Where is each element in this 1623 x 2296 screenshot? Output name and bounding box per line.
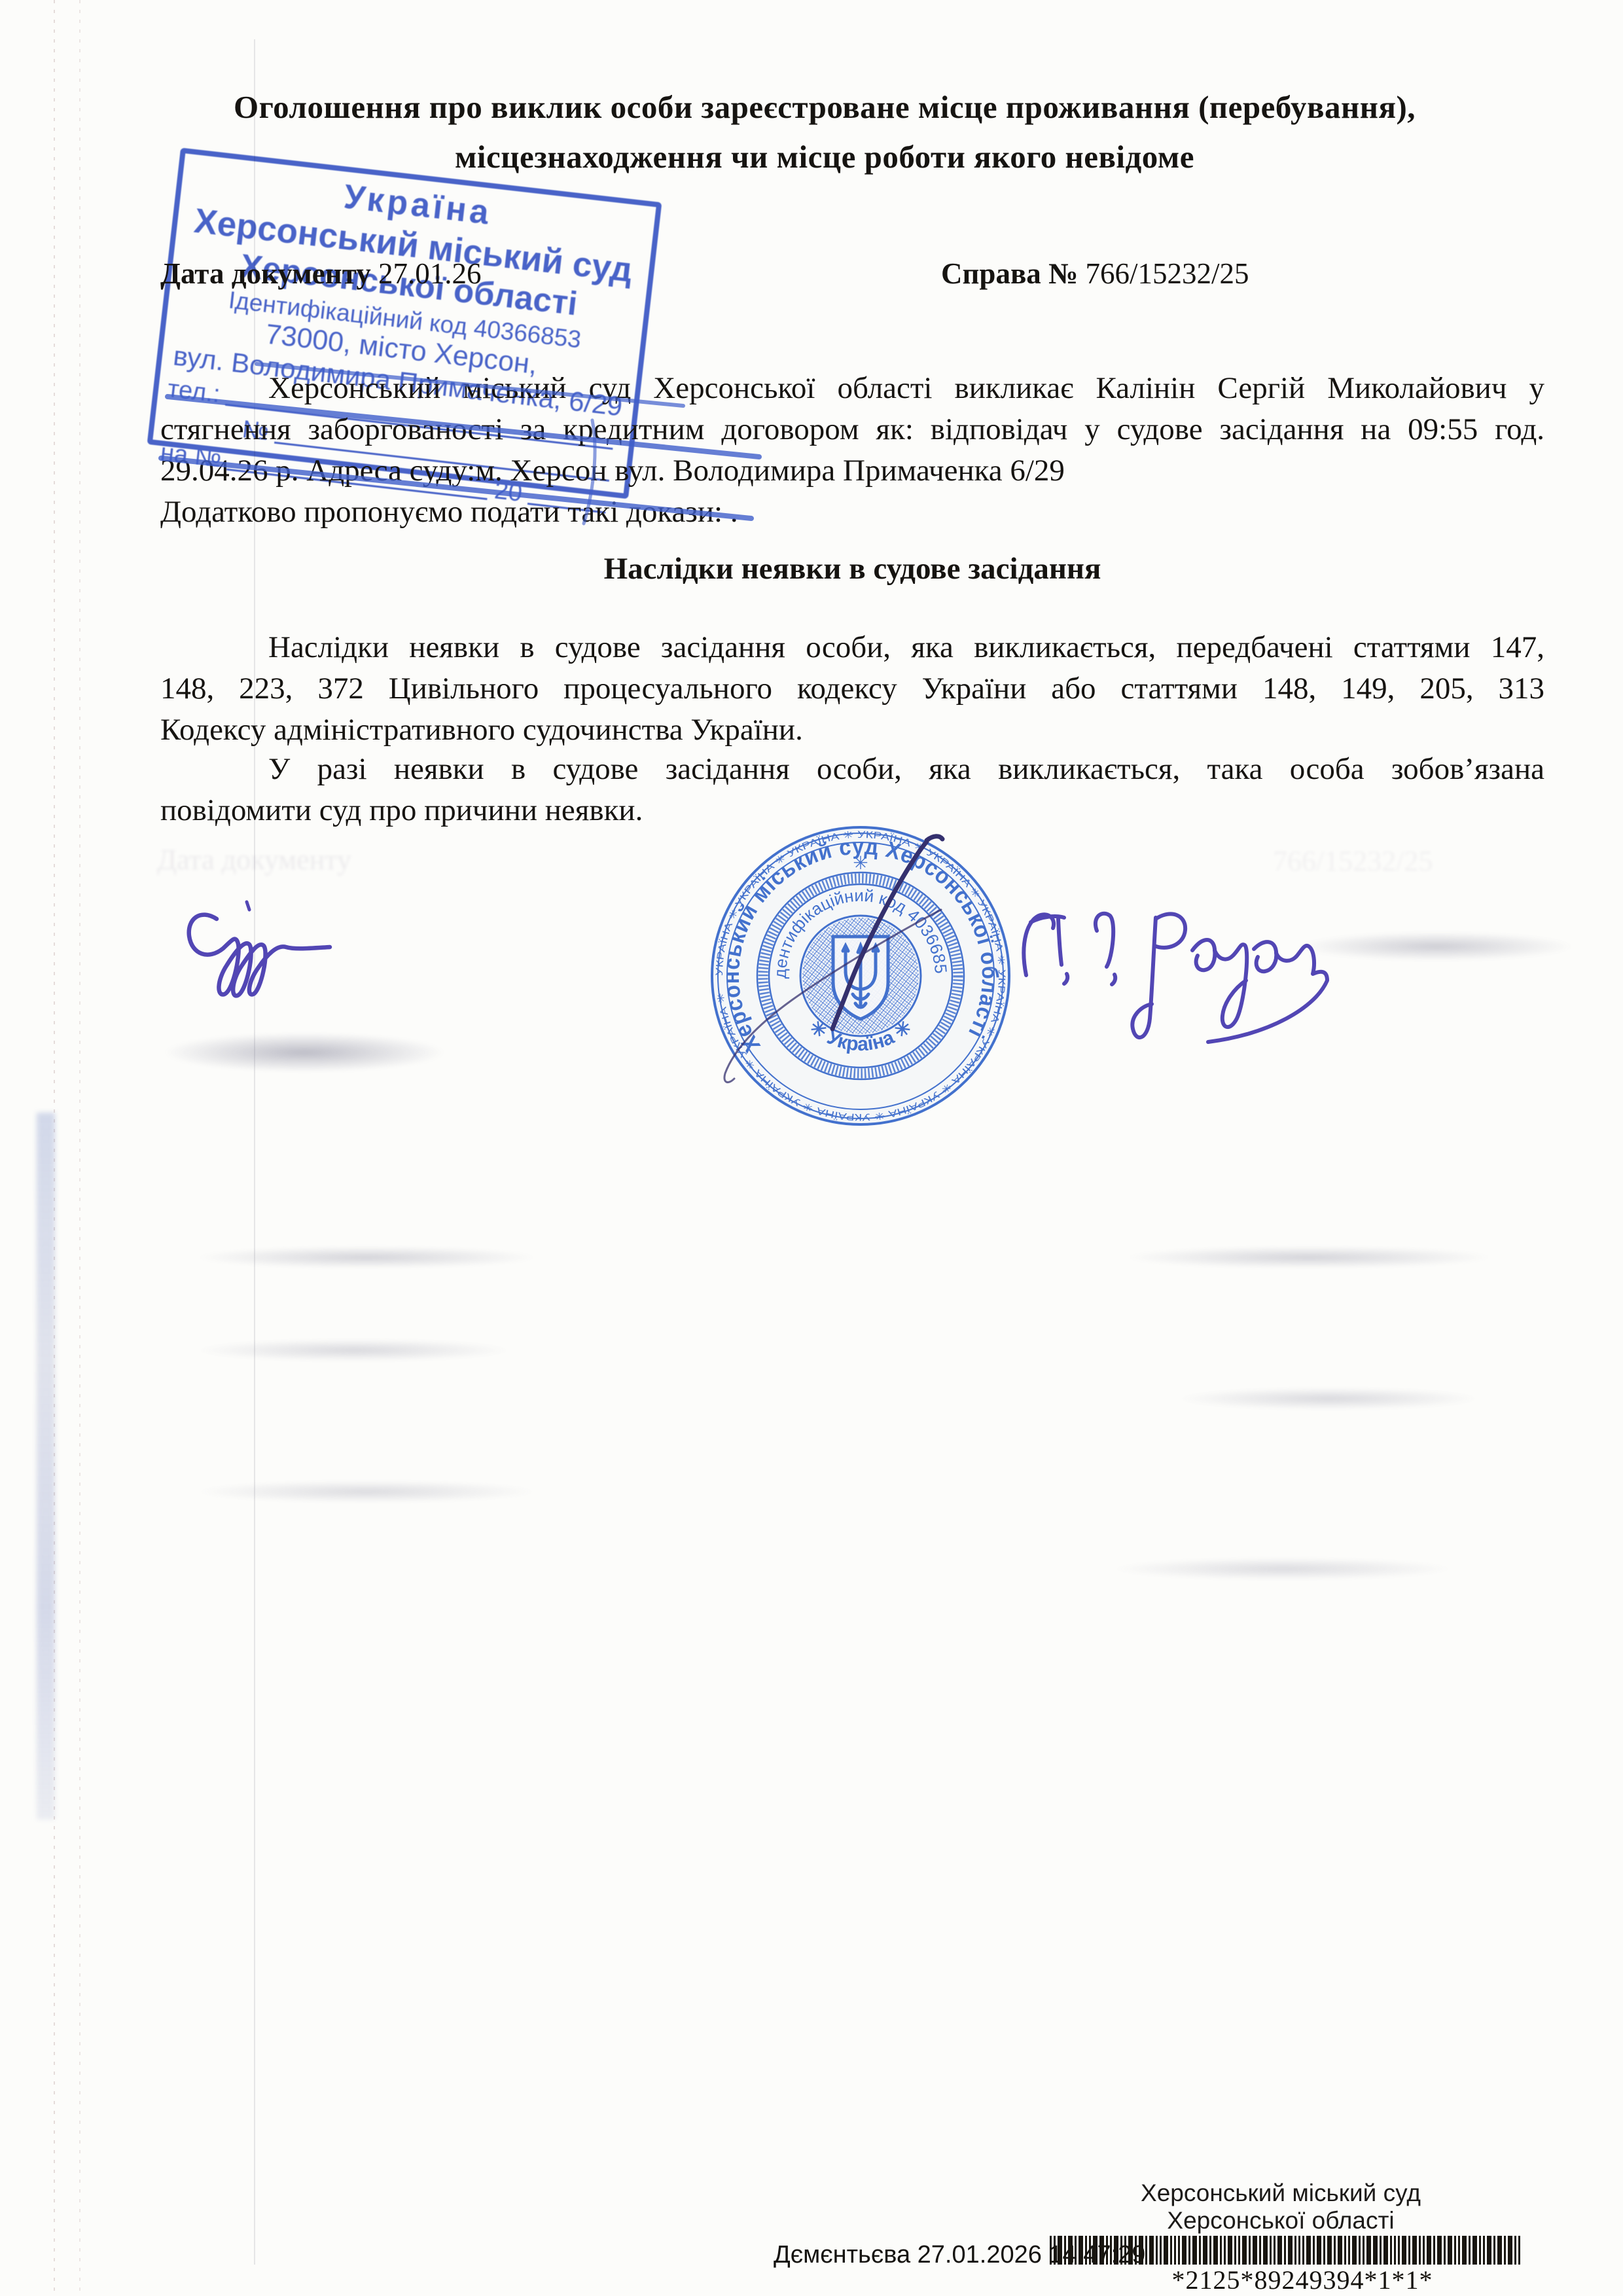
body-line: Кодексу адміністративного судочинства Ук… [160,709,1544,751]
scan-edge-streak [37,1113,55,1820]
judge-name-signature-ink [1024,914,1327,1042]
ghost-smudge [196,1339,510,1361]
body-line: стягнення заборгованості за кредитним до… [160,409,1544,450]
ghost-smudge [1113,1558,1453,1580]
ghost-smudge [164,1033,445,1072]
page-title-line1: Оголошення про виклик особи зареєстрован… [229,82,1420,132]
paragraph-consequences: Наслідки неявки в судове засідання особи… [160,627,1544,751]
ghost-smudge [196,1246,537,1268]
case-number-label: Справа № [941,257,1078,290]
court-round-seal: УКРАЇНА ✳ УКРАЇНА ✳ УКРАЇНА ✳ УКРАЇНА ✳ … [709,824,1012,1131]
document-date-value: 27.01.26 [371,257,482,290]
body-line: Додатково пропонуємо подати такі докази:… [160,492,1544,533]
scan-dotted-line [79,0,80,2296]
barcode [1050,2236,1567,2265]
body-line: 29.04.26 р. Адреса суду:м. Херсон вул. В… [160,450,1544,492]
seal-star-icon: ✳ [853,853,868,874]
footer-court-region: Херсонської області [1084,2207,1477,2234]
body-line: Наслідки неявки в судове засідання особи… [160,627,1544,668]
case-number-value: 766/15232/25 [1078,257,1249,290]
footer-court-name: Херсонський міський суд [1084,2179,1477,2207]
body-line: У разі неявки в судове засідання особи, … [160,749,1544,790]
ghost-smudge [1178,1388,1479,1410]
section-heading: Наслідки неявки в судове засідання [160,551,1544,586]
case-number-row: Справа № 766/15232/25 [941,257,1249,291]
scanned-court-document: Дата документу 766/15232/25 Оголошення п… [0,0,1623,2296]
document-date-label: Дата документу [160,257,371,290]
body-line: 148, 223, 372 Цивільного процесуального … [160,668,1544,709]
paragraph-obligation: У разі неявки в судове засідання особи, … [160,749,1544,831]
judge-signature-ink [189,902,330,996]
ghost-smudge [1126,1246,1492,1268]
paragraph-summons: Херсонський міський суд Херсонської обла… [160,368,1544,533]
coat-of-arms-icon [833,937,888,1019]
document-date-row: Дата документу 27.01.26 [160,257,481,291]
ghost-smudge [196,1480,537,1503]
ghost-text: Дата документу [157,843,351,876]
ghost-text: 766/15232/25 [1273,844,1433,878]
barcode-text: *2125*89249394*1*1* [1106,2265,1499,2295]
ghost-smudge [1299,932,1574,961]
page-title: Оголошення про виклик особи зареєстрован… [229,82,1420,182]
body-line: Херсонський міський суд Херсонської обла… [160,368,1544,409]
